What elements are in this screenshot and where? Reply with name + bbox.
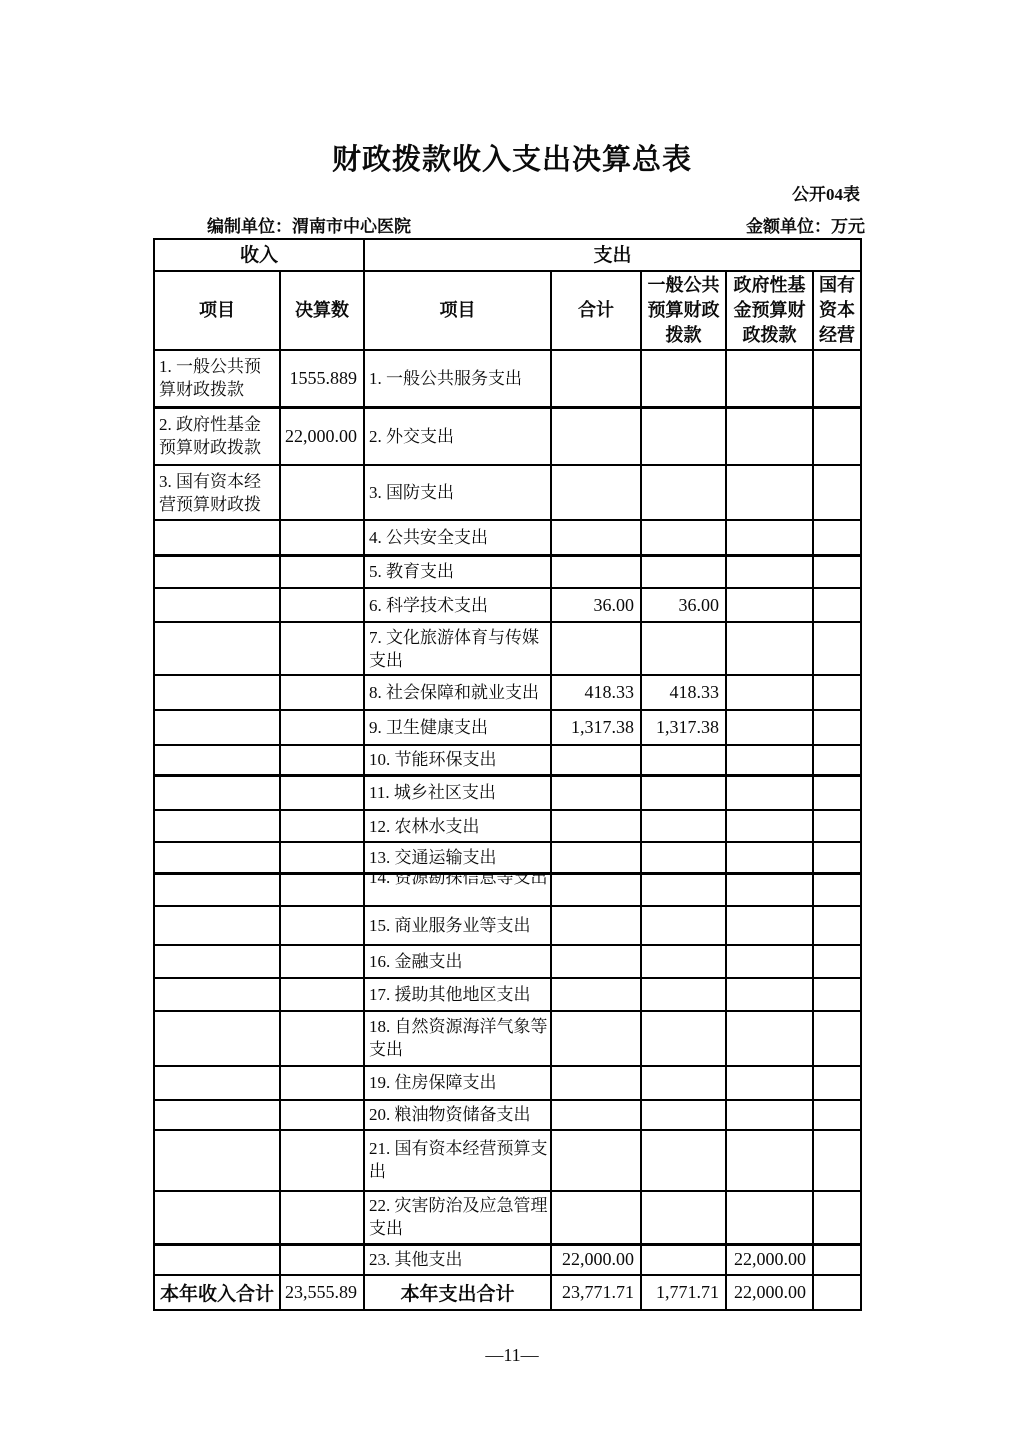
- expenditure-item-cell: 16. 金融支出: [364, 945, 551, 978]
- state-capital-cell: [813, 906, 861, 945]
- expenditure-group-header: 支出: [364, 239, 861, 271]
- gov-fund-budget-cell: [726, 675, 813, 710]
- expenditure-item-cell: 23. 其他支出: [364, 1245, 551, 1275]
- income-item-cell: [154, 710, 280, 745]
- income-amount-cell: [280, 906, 364, 945]
- expenditure-item-cell: 4. 公共安全支出: [364, 520, 551, 555]
- income-item-cell: 2. 政府性基金预算财政拨款: [154, 407, 280, 465]
- expenditure-item-cell: 9. 卫生健康支出: [364, 710, 551, 745]
- general-public-budget-cell: [641, 873, 726, 906]
- income-item-cell: 3. 国有资本经营预算财政拨: [154, 465, 280, 520]
- total-header: 合计: [551, 271, 641, 350]
- table-row: 3. 国有资本经营预算财政拨3. 国防支出: [154, 465, 861, 520]
- general-public-budget-cell: 36.00: [641, 588, 726, 622]
- page-number: —11—: [0, 1345, 1024, 1366]
- general-public-budget-cell: [641, 1245, 726, 1275]
- income-amount-cell: [280, 622, 364, 675]
- table-row: 8. 社会保障和就业支出418.33418.33: [154, 675, 861, 710]
- income-item-cell: [154, 873, 280, 906]
- gov-fund-budget-cell: [726, 520, 813, 555]
- state-capital-cell: [813, 1275, 861, 1310]
- general-public-budget-cell: [641, 520, 726, 555]
- general-public-budget-cell: 1,317.38: [641, 710, 726, 745]
- general-public-budget-cell: [641, 906, 726, 945]
- table-row: 20. 粮油物资储备支出: [154, 1100, 861, 1130]
- general-public-budget-cell: [641, 978, 726, 1011]
- total-cell: [551, 842, 641, 873]
- table-row: 9. 卫生健康支出1,317.381,317.38: [154, 710, 861, 745]
- gov-fund-budget-cell: [726, 555, 813, 588]
- state-capital-cell: [813, 675, 861, 710]
- gov-fund-budget-cell: [726, 1100, 813, 1130]
- total-cell: 1,317.38: [551, 710, 641, 745]
- income-group-header: 收入: [154, 239, 364, 271]
- expenditure-item-cell: 6. 科学技术支出: [364, 588, 551, 622]
- general-public-budget-cell: [641, 842, 726, 873]
- total-cell: [551, 520, 641, 555]
- income-amount-cell: 1555.889: [280, 350, 364, 407]
- general-public-budget-cell: [641, 1066, 726, 1100]
- table-row: 1. 一般公共预算财政拨款1555.8891. 一般公共服务支出: [154, 350, 861, 407]
- general-public-budget-cell: 1,771.71: [641, 1275, 726, 1310]
- income-amount-cell: [280, 1100, 364, 1130]
- expenditure-item-text: 14. 资源勘探信息等支出: [369, 875, 548, 889]
- expenditure-item-cell: 17. 援助其他地区支出: [364, 978, 551, 1011]
- table-row: 21. 国有资本经营预算支出: [154, 1130, 861, 1191]
- general-public-budget-cell: [641, 555, 726, 588]
- total-cell: [551, 1130, 641, 1191]
- expenditure-item-cell: 5. 教育支出: [364, 555, 551, 588]
- expenditure-item-cell: 20. 粮油物资储备支出: [364, 1100, 551, 1130]
- total-cell: [551, 745, 641, 775]
- total-cell: [551, 1011, 641, 1066]
- general-public-budget-cell: [641, 1130, 726, 1191]
- income-amount-cell: [280, 465, 364, 520]
- expenditure-item-cell: 19. 住房保障支出: [364, 1066, 551, 1100]
- table-row: 4. 公共安全支出: [154, 520, 861, 555]
- expenditure-item-cell: 8. 社会保障和就业支出: [364, 675, 551, 710]
- gov-fund-budget-cell: [726, 745, 813, 775]
- total-cell: 418.33: [551, 675, 641, 710]
- expenditure-item-cell: 3. 国防支出: [364, 465, 551, 520]
- income-item-cell: [154, 1100, 280, 1130]
- total-cell: [551, 465, 641, 520]
- table-row: 17. 援助其他地区支出: [154, 978, 861, 1011]
- state-capital-header: 国有资本经营: [813, 271, 861, 350]
- state-capital-cell: [813, 978, 861, 1011]
- general-public-budget-cell: [641, 622, 726, 675]
- income-item-cell: [154, 675, 280, 710]
- income-item-cell: [154, 978, 280, 1011]
- expenditure-item-cell: 13. 交通运输支出: [364, 842, 551, 873]
- state-capital-cell: [813, 873, 861, 906]
- state-capital-cell: [813, 1191, 861, 1245]
- table-row: 12. 农林水支出: [154, 810, 861, 842]
- general-public-budget-cell: [641, 407, 726, 465]
- state-capital-cell: [813, 588, 861, 622]
- income-amount-cell: [280, 1130, 364, 1191]
- state-capital-cell: [813, 1011, 861, 1066]
- state-capital-cell: [813, 1066, 861, 1100]
- document-page: 财政拨款收入支出决算总表 公开04表 编制单位：渭南市中心医院 金额单位：万元 …: [0, 0, 1024, 1448]
- gov-fund-budget-header: 政府性基金预算财政拨款: [726, 271, 813, 350]
- income-amount-cell: [280, 745, 364, 775]
- gov-fund-budget-cell: [726, 775, 813, 810]
- table-row: 16. 金融支出: [154, 945, 861, 978]
- expenditure-item-cell: 1. 一般公共服务支出: [364, 350, 551, 407]
- state-capital-cell: [813, 1130, 861, 1191]
- income-amount-cell: [280, 873, 364, 906]
- general-public-budget-header: 一般公共预算财政拨款: [641, 271, 726, 350]
- gov-fund-budget-cell: [726, 1011, 813, 1066]
- total-cell: 36.00: [551, 588, 641, 622]
- income-item-cell: [154, 1191, 280, 1245]
- gov-fund-budget-cell: 22,000.00: [726, 1275, 813, 1310]
- gov-fund-budget-cell: [726, 945, 813, 978]
- total-cell: [551, 1066, 641, 1100]
- total-cell: [551, 622, 641, 675]
- income-amount-cell: [280, 810, 364, 842]
- total-cell: [551, 775, 641, 810]
- state-capital-cell: [813, 465, 861, 520]
- income-amount-cell: [280, 555, 364, 588]
- state-capital-cell: [813, 1100, 861, 1130]
- expenditure-item-cell: 15. 商业服务业等支出: [364, 906, 551, 945]
- table-row: 22. 灾害防治及应急管理支出: [154, 1191, 861, 1245]
- expenditure-item-cell: 10. 节能环保支出: [364, 745, 551, 775]
- income-amount-cell: [280, 675, 364, 710]
- total-cell: [551, 407, 641, 465]
- table-row: 6. 科学技术支出36.0036.00: [154, 588, 861, 622]
- income-item-cell: [154, 775, 280, 810]
- income-item-cell: [154, 945, 280, 978]
- gov-fund-budget-cell: [726, 710, 813, 745]
- income-item-cell: [154, 588, 280, 622]
- table-row: 19. 住房保障支出: [154, 1066, 861, 1100]
- state-capital-cell: [813, 622, 861, 675]
- income-item-header: 项目: [154, 271, 280, 350]
- income-amount-cell: [280, 1066, 364, 1100]
- gov-fund-budget-cell: [726, 906, 813, 945]
- state-capital-cell: [813, 745, 861, 775]
- table-row: 7. 文化旅游体育与传媒支出: [154, 622, 861, 675]
- gov-fund-budget-cell: [726, 810, 813, 842]
- general-public-budget-cell: [641, 465, 726, 520]
- income-amount-cell: [280, 842, 364, 873]
- total-cell: 23,771.71: [551, 1275, 641, 1310]
- income-item-cell: [154, 810, 280, 842]
- column-header-row: 项目 决算数 项目 合计 一般公共预算财政拨款 政府性基金预算财政拨款 国有资本…: [154, 271, 861, 350]
- state-capital-cell: [813, 350, 861, 407]
- income-amount-cell: [280, 978, 364, 1011]
- income-amount-cell: [280, 945, 364, 978]
- gov-fund-budget-cell: [726, 842, 813, 873]
- income-amount-cell: [280, 1245, 364, 1275]
- expenditure-item-cell: 12. 农林水支出: [364, 810, 551, 842]
- income-item-cell: [154, 745, 280, 775]
- state-capital-cell: [813, 775, 861, 810]
- gov-fund-budget-cell: [726, 1066, 813, 1100]
- general-public-budget-cell: [641, 1100, 726, 1130]
- state-capital-cell: [813, 945, 861, 978]
- income-amount-cell: [280, 520, 364, 555]
- income-item-cell: [154, 622, 280, 675]
- table-row: 11. 城乡社区支出: [154, 775, 861, 810]
- gov-fund-budget-cell: 22,000.00: [726, 1245, 813, 1275]
- gov-fund-budget-cell: [726, 1191, 813, 1245]
- page-title: 财政拨款收入支出决算总表: [0, 137, 1024, 178]
- state-capital-cell: [813, 1245, 861, 1275]
- total-cell: [551, 1100, 641, 1130]
- general-public-budget-cell: [641, 810, 726, 842]
- income-item-cell: [154, 555, 280, 588]
- state-capital-cell: [813, 842, 861, 873]
- expenditure-item-cell: 2. 外交支出: [364, 407, 551, 465]
- table-row: 15. 商业服务业等支出: [154, 906, 861, 945]
- table-row: 18. 自然资源海洋气象等支出: [154, 1011, 861, 1066]
- income-total-label: 本年收入合计: [154, 1275, 280, 1310]
- general-public-budget-cell: [641, 350, 726, 407]
- state-capital-cell: [813, 407, 861, 465]
- income-amount-cell: [280, 775, 364, 810]
- table-row: 2. 政府性基金预算财政拨款22,000.002. 外交支出: [154, 407, 861, 465]
- state-capital-cell: [813, 520, 861, 555]
- total-cell: [551, 978, 641, 1011]
- total-cell: [551, 350, 641, 407]
- total-cell: [551, 945, 641, 978]
- income-item-cell: [154, 842, 280, 873]
- state-capital-cell: [813, 810, 861, 842]
- income-amount-cell: 22,000.00: [280, 407, 364, 465]
- expenditure-item-cell: 14. 资源勘探信息等支出: [364, 873, 551, 906]
- income-amount-cell: [280, 1011, 364, 1066]
- general-public-budget-cell: [641, 945, 726, 978]
- income-amount-cell: [280, 1191, 364, 1245]
- expenditure-item-cell: 11. 城乡社区支出: [364, 775, 551, 810]
- income-item-cell: [154, 1011, 280, 1066]
- expenditure-item-cell: 22. 灾害防治及应急管理支出: [364, 1191, 551, 1245]
- group-header-row: 收入 支出: [154, 239, 861, 271]
- total-cell: [551, 555, 641, 588]
- general-public-budget-cell: [641, 745, 726, 775]
- income-amount-cell: 23,555.89: [280, 1275, 364, 1310]
- gov-fund-budget-cell: [726, 465, 813, 520]
- total-cell: [551, 810, 641, 842]
- income-item-cell: [154, 906, 280, 945]
- state-capital-cell: [813, 555, 861, 588]
- table-total-row: 本年收入合计23,555.89本年支出合计23,771.711,771.7122…: [154, 1275, 861, 1310]
- amount-unit-label: 金额单位：万元: [746, 212, 865, 237]
- gov-fund-budget-cell: [726, 622, 813, 675]
- expenditure-item-cell: 21. 国有资本经营预算支出: [364, 1130, 551, 1191]
- form-number: 公开04表: [153, 180, 860, 205]
- gov-fund-budget-cell: [726, 407, 813, 465]
- gov-fund-budget-cell: [726, 978, 813, 1011]
- prepared-by-label: 编制单位：渭南市中心医院: [153, 212, 411, 237]
- expenditure-item-cell: 7. 文化旅游体育与传媒支出: [364, 622, 551, 675]
- gov-fund-budget-cell: [726, 1130, 813, 1191]
- budget-table: 收入 支出 项目 决算数 项目 合计 一般公共预算财政拨款 政府性基金预算财政拨…: [153, 238, 862, 1311]
- total-cell: 22,000.00: [551, 1245, 641, 1275]
- table-row: 5. 教育支出: [154, 555, 861, 588]
- total-cell: [551, 906, 641, 945]
- expenditure-item-cell: 18. 自然资源海洋气象等支出: [364, 1011, 551, 1066]
- income-amount-header: 决算数: [280, 271, 364, 350]
- total-cell: [551, 873, 641, 906]
- meta-row: 编制单位：渭南市中心医院 金额单位：万元: [153, 212, 865, 237]
- general-public-budget-cell: [641, 775, 726, 810]
- table-row: 23. 其他支出22,000.0022,000.00: [154, 1245, 861, 1275]
- income-item-cell: [154, 520, 280, 555]
- income-amount-cell: [280, 588, 364, 622]
- income-item-cell: [154, 1130, 280, 1191]
- gov-fund-budget-cell: [726, 873, 813, 906]
- income-item-cell: [154, 1066, 280, 1100]
- general-public-budget-cell: [641, 1011, 726, 1066]
- state-capital-cell: [813, 710, 861, 745]
- income-amount-cell: [280, 710, 364, 745]
- table-row: 14. 资源勘探信息等支出: [154, 873, 861, 906]
- table-row: 10. 节能环保支出: [154, 745, 861, 775]
- general-public-budget-cell: [641, 1191, 726, 1245]
- table-row: 13. 交通运输支出: [154, 842, 861, 873]
- income-item-cell: 1. 一般公共预算财政拨款: [154, 350, 280, 407]
- total-cell: [551, 1191, 641, 1245]
- general-public-budget-cell: 418.33: [641, 675, 726, 710]
- gov-fund-budget-cell: [726, 350, 813, 407]
- income-item-cell: [154, 1245, 280, 1275]
- expenditure-item-header: 项目: [364, 271, 551, 350]
- gov-fund-budget-cell: [726, 588, 813, 622]
- expenditure-total-label: 本年支出合计: [364, 1275, 551, 1310]
